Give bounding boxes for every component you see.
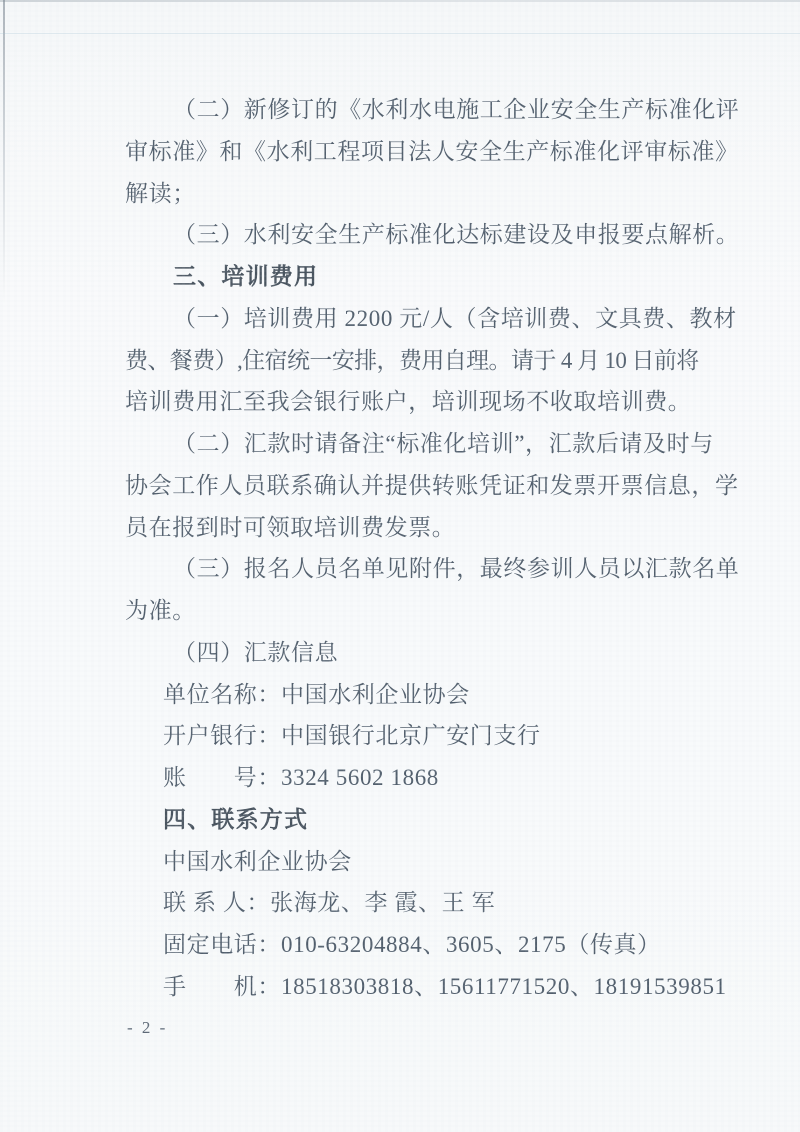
doc-line: 为准。 [125,590,725,632]
doc-line: （二）新修订的《水利水电施工企业安全生产标准化评 [125,89,725,131]
scan-line-artifact [0,33,800,34]
page-number: - 2 - [127,1013,168,1043]
doc-line-contact-persons: 联 系 人：张海龙、李 霞、王 军 [125,882,725,924]
doc-line-mobile-numbers: 手 机：18518303818、15611771520、18191539851 [125,966,725,1008]
doc-line-landline-numbers: 固定电话：010-63204884、3605、2175（传真） [125,924,725,966]
section-heading-contact: 四、联系方式 [125,799,725,841]
doc-line: 费、餐费）,住宿统一安排，费用自理。请于 4 月 10 日前将 [125,340,725,382]
doc-line-remittance-info: （四）汇款信息 [125,632,725,674]
doc-line: 员在报到时可领取培训费发票。 [125,507,725,549]
doc-line: 审标准》和《水利工程项目法人安全生产标准化评审标准》 [125,131,725,173]
document-body: （二）新修订的《水利水电施工企业安全生产标准化评 审标准》和《水利工程项目法人安… [125,89,725,1008]
doc-line: （一）培训费用 2200 元/人（含培训费、文具费、教材 [125,298,725,340]
scanned-document-page: （二）新修订的《水利水电施工企业安全生产标准化评 审标准》和《水利工程项目法人安… [0,0,800,1132]
scan-left-edge-artifact [3,0,5,305]
doc-line-bank-name: 开户银行：中国银行北京广安门支行 [125,715,725,757]
doc-line-account-number: 账 号：3324 5602 1868 [125,757,725,799]
doc-line-association-name: 中国水利企业协会 [125,841,725,883]
doc-line: 解读； [125,173,725,215]
doc-line-company-name: 单位名称：中国水利企业协会 [125,674,725,716]
scan-top-edge-artifact [0,0,800,2]
doc-line: （三）报名人员名单见附件，最终参训人员以汇款名单 [125,548,725,590]
doc-line: 协会工作人员联系确认并提供转账凭证和发票开票信息，学 [125,465,725,507]
section-heading-training-fee: 三、培训费用 [125,256,725,298]
doc-line: （三）水利安全生产标准化达标建设及申报要点解析。 [125,214,725,256]
doc-line: 培训费用汇至我会银行账户，培训现场不收取培训费。 [125,381,725,423]
doc-line: （二）汇款时请备注“标准化培训”，汇款后请及时与 [125,423,725,465]
